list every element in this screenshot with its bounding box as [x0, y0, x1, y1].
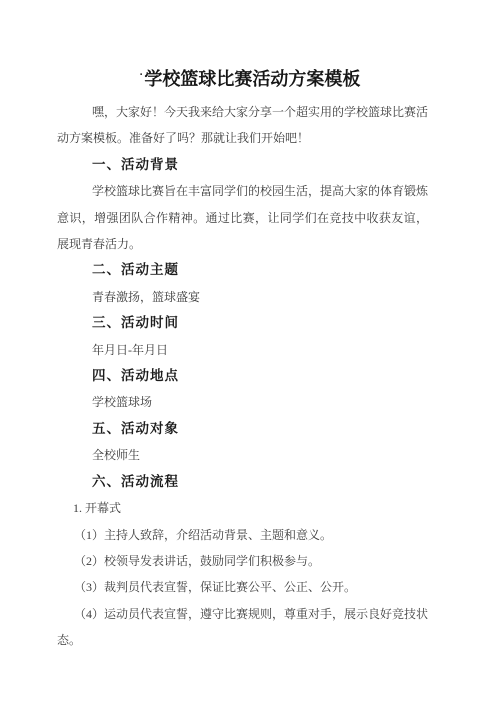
- document-title: ·学校篮球比赛活动方案模板: [0, 63, 500, 92]
- section-paragraph-time: 年月日-年月日: [57, 337, 428, 363]
- section-paragraph-background: 学校篮球比赛旨在丰富同学们的校园生活，提高大家的体育锻炼意识，增强团队合作精神。…: [57, 178, 428, 257]
- section-paragraph-theme: 青春激扬，篮球盛宴: [57, 284, 428, 310]
- section-heading-participants: 五、活动对象: [57, 416, 428, 442]
- section-paragraph-participants: 全校师生: [57, 442, 428, 468]
- section-heading-location: 四、活动地点: [57, 363, 428, 389]
- section-heading-process: 六、活动流程: [57, 469, 428, 495]
- document-title-text: 学校篮球比赛活动方案模板: [144, 69, 360, 89]
- process-item-3: （3）裁判员代表宣誓，保证比赛公平、公正、公开。: [57, 574, 428, 600]
- document-body: 嘿，大家好！今天我来给大家分享一个超实用的学校篮球比赛活动方案模板。准备好了吗？…: [57, 99, 428, 654]
- process-subheading-opening-ceremony: 1. 开幕式: [57, 495, 428, 521]
- section-paragraph-location: 学校篮球场: [57, 389, 428, 415]
- section-heading-background: 一、活动背景: [57, 152, 428, 178]
- document-page: ·学校篮球比赛活动方案模板 嘿，大家好！今天我来给大家分享一个超实用的学校篮球比…: [0, 0, 500, 707]
- process-item-4: （4）运动员代表宣誓，遵守比赛规则，尊重对手，展示良好竞技状态。: [57, 601, 428, 654]
- intro-paragraph: 嘿，大家好！今天我来给大家分享一个超实用的学校篮球比赛活动方案模板。准备好了吗？…: [57, 99, 428, 152]
- process-item-2: （2）校领导发表讲话，鼓励同学们积极参与。: [57, 548, 428, 574]
- section-heading-theme: 二、活动主题: [57, 257, 428, 283]
- section-heading-time: 三、活动时间: [57, 310, 428, 336]
- title-bullet-dot: ·: [140, 69, 144, 81]
- process-item-1: （1）主持人致辞，介绍活动背景、主题和意义。: [57, 522, 428, 548]
